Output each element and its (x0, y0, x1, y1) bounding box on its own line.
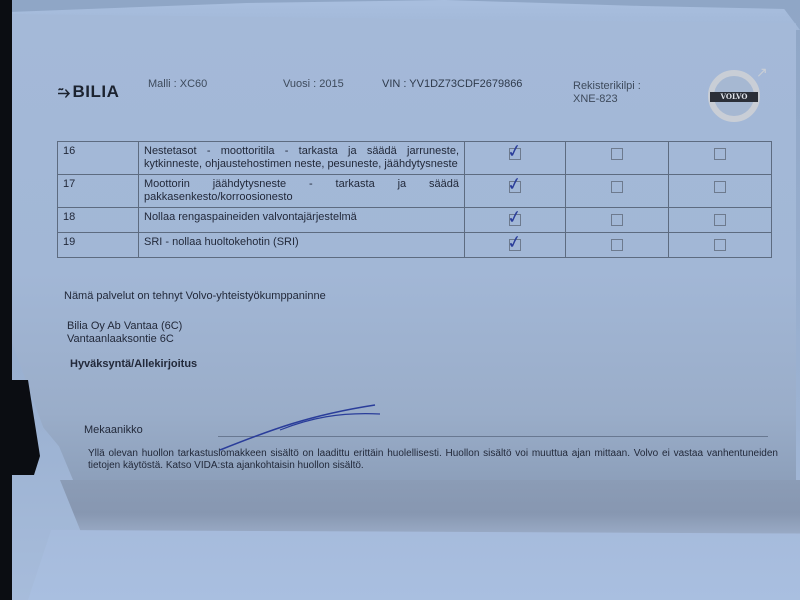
checkbox-col2-cell (566, 175, 669, 208)
row-description: SRI - nollaa huoltokehotin (SRI) (139, 233, 465, 258)
checkbox-col3[interactable] (714, 148, 726, 160)
dealer-name: Bilia Oy Ab Vantaa (6C) (67, 320, 182, 332)
checkbox-col2-cell (566, 233, 669, 258)
bilia-mark-icon: ⥲ (58, 84, 71, 101)
mechanic-signature (210, 400, 390, 455)
year-label: Vuosi : 2015 (283, 78, 344, 90)
checkbox-col3[interactable] (714, 181, 726, 193)
checkbox-col2[interactable] (611, 239, 623, 251)
table-row: 18Nollaa rengaspaineiden valvontajärjest… (58, 208, 772, 233)
checkbox-col3-cell (669, 142, 772, 175)
checkbox-col2[interactable] (611, 214, 623, 226)
row-number: 16 (58, 142, 139, 175)
plate-value: XNE-823 (573, 93, 618, 105)
row-description: Nollaa rengaspaineiden valvontajärjestel… (139, 208, 465, 233)
checkbox-col3[interactable] (714, 214, 726, 226)
checkbox-done-cell: ✓ (465, 142, 566, 175)
table-row: 19SRI - nollaa huoltokehotin (SRI)✓ (58, 233, 772, 258)
bilia-logo: ⥲BILIA (58, 82, 119, 102)
row-number: 19 (58, 233, 139, 258)
page-fold-shadow (60, 480, 800, 535)
checkbox-col3[interactable] (714, 239, 726, 251)
approval-label: Hyväksyntä/Allekirjoitus (70, 358, 197, 370)
checkbox-col2-cell (566, 208, 669, 233)
dealer-address: Vantaanlaaksontie 6C (67, 333, 174, 345)
checkbox-col2-cell (566, 142, 669, 175)
brand-name: BILIA (73, 82, 120, 101)
checkbox-col3-cell (669, 175, 772, 208)
volvo-logo-icon: ↗ VOLVO (708, 70, 760, 122)
handwritten-check-icon: ✓ (505, 173, 524, 196)
checkbox-done-cell: ✓ (465, 175, 566, 208)
table-row: 17Moottorin jäähdytysneste - tarkasta ja… (58, 175, 772, 208)
plate-label: Rekisterikilpi : (573, 80, 641, 92)
row-description: Moottorin jäähdytysneste - tarkasta ja s… (139, 175, 465, 208)
row-number: 18 (58, 208, 139, 233)
checkbox-col2[interactable] (611, 148, 623, 160)
checkbox-done-cell: ✓ (465, 208, 566, 233)
checkbox-done[interactable]: ✓ (509, 181, 521, 193)
handwritten-check-icon: ✓ (505, 231, 524, 254)
model-label: Malli : XC60 (148, 78, 207, 90)
row-number: 17 (58, 175, 139, 208)
volvo-arrow-icon: ↗ (756, 64, 768, 81)
checkbox-col3-cell (669, 208, 772, 233)
page-lower-fold (28, 530, 800, 600)
mechanic-label: Mekaanikko (84, 424, 143, 436)
handwritten-check-icon: ✓ (505, 206, 524, 229)
disclaimer-text: Yllä olevan huollon tarkastuslomakkeen s… (88, 448, 778, 472)
row-description: Nestetasot - moottoritila - tarkasta ja … (139, 142, 465, 175)
checkbox-done[interactable]: ✓ (509, 239, 521, 251)
dark-background-edge (0, 0, 12, 600)
vin-label: VIN : YV1DZ73CDF2679866 (382, 78, 522, 90)
service-checklist-table: 16Nestetasot - moottoritila - tarkasta j… (57, 141, 772, 258)
checkbox-done[interactable]: ✓ (509, 214, 521, 226)
checkbox-done-cell: ✓ (465, 233, 566, 258)
checkbox-col3-cell (669, 233, 772, 258)
handwritten-check-icon: ✓ (505, 140, 524, 163)
checkbox-col2[interactable] (611, 181, 623, 193)
checkbox-done[interactable]: ✓ (509, 148, 521, 160)
partner-note: Nämä palvelut on tehnyt Volvo-yhteistyök… (64, 290, 326, 302)
table-row: 16Nestetasot - moottoritila - tarkasta j… (58, 142, 772, 175)
volvo-badge-text: VOLVO (710, 92, 758, 102)
